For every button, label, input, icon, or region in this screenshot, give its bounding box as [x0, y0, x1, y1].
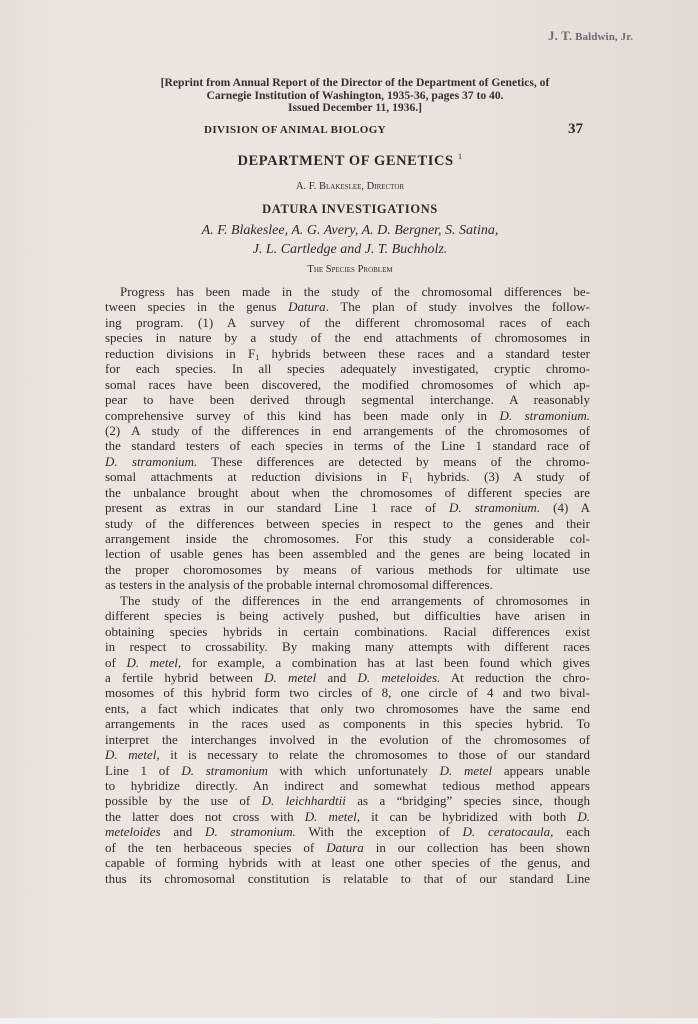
reprint-note: [Reprint from Annual Report of the Direc… [120, 77, 590, 115]
text-run: as testers in the analysis of the probab… [105, 577, 493, 592]
text-run: (2) A study of the differences in end ar… [105, 423, 590, 438]
body-line: meteloides and D. stramonium. With the e… [105, 824, 590, 839]
reprint-line-3: Issued December 11, 1936.] [120, 102, 590, 115]
text-run: hybrids. (3) A study of [413, 469, 590, 484]
body-line: different species is being actively push… [105, 608, 590, 623]
body-line: present as extras in our standard Line 1… [105, 500, 590, 515]
text-run: in respect to crossability. By making ma… [105, 639, 590, 654]
text-run: ing program. (1) A survey of the differe… [105, 315, 590, 330]
body-line: of the ten herbaceous species of Datura … [105, 840, 590, 855]
text-run: for each species. In all species adequat… [105, 361, 590, 376]
director-line: A. F. Blakeslee, Director [100, 181, 600, 192]
text-run: With the exception of [296, 824, 463, 839]
text-run: in our collection has been shown [364, 840, 590, 855]
document-page: J. T. Baldwin, Jr. [Reprint from Annual … [0, 0, 698, 1024]
text-run: . The plan of study involves the follow- [326, 299, 590, 314]
text-run: possible by the use of [105, 793, 262, 808]
body-line: reduction divisions in F1 hybrids betwee… [105, 346, 590, 361]
text-run: different species is being actively push… [105, 608, 590, 623]
text-run: and [316, 670, 357, 685]
body-line: as testers in the analysis of the probab… [105, 577, 590, 592]
title-text: DEPARTMENT OF GENETICS [237, 153, 453, 169]
body-line: arrangements in the races used as compon… [105, 716, 590, 731]
italic-term: D. stramonium. [205, 824, 296, 839]
body-line: D. stramonium. These differences are det… [105, 454, 590, 469]
text-run: to hybridize directly. An indirect and s… [105, 778, 590, 793]
italic-term: D. meteloides. [358, 670, 441, 685]
text-run: the unbalance brought about when the chr… [105, 485, 590, 500]
text-run: each [553, 824, 590, 839]
body-line: (2) A study of the differences in end ar… [105, 423, 590, 438]
page-title: DEPARTMENT OF GENETICS 1 [100, 152, 600, 170]
italic-term: D. metel [440, 763, 493, 778]
body-line: comprehensive survey of this kind has be… [105, 408, 590, 423]
text-run: of [105, 655, 126, 670]
text-run: pear to have been derived through segmen… [105, 392, 590, 407]
body-line: thus its chromosomal constitution is rel… [105, 871, 590, 886]
authors-line-1: A. F. Blakeslee, A. G. Avery, A. D. Berg… [100, 221, 600, 240]
text-run: lection of usable genes has been assembl… [105, 546, 590, 561]
text-run: and [161, 824, 205, 839]
italic-term: D. metel, [126, 655, 181, 670]
text-run: arrangement inside the chromosomes. For … [105, 531, 590, 546]
text-run: of the ten herbaceous species of [105, 840, 326, 855]
text-run: a fertile hybrid between [105, 670, 264, 685]
running-head-section: DIVISION OF ANIMAL BIOLOGY [50, 124, 540, 136]
body-line: possible by the use of D. leichhardtii a… [105, 793, 590, 808]
body-text: Progress has been made in the study of t… [105, 284, 590, 886]
section-heading: The Species Problem [100, 264, 600, 275]
authors-line-2: J. L. Cartledge and J. T. Buchholz. [100, 240, 600, 259]
text-run: At reduction the chro- [440, 670, 590, 685]
body-line: for each species. In all species adequat… [105, 361, 590, 376]
reprint-line-1: [Reprint from Annual Report of the Direc… [120, 77, 590, 90]
body-line: of D. metel, for example, a combination … [105, 655, 590, 670]
text-run: (4) A [540, 500, 590, 515]
body-line: to hybridize directly. An indirect and s… [105, 778, 590, 793]
body-line: Progress has been made in the study of t… [105, 284, 590, 299]
text-run: somal races have been discovered, the mo… [105, 377, 590, 392]
body-line: arrangement inside the chromosomes. For … [105, 531, 590, 546]
authors: A. F. Blakeslee, A. G. Avery, A. D. Berg… [100, 221, 600, 259]
italic-term: D. metel [264, 670, 316, 685]
text-run: it is necessary to relate the chromosome… [160, 747, 590, 762]
italic-term: D. [577, 809, 590, 824]
text-run: reduction divisions in F [105, 346, 255, 361]
italic-term: D. stramonium. [499, 408, 590, 423]
body-line: interpret the interchanges involved in t… [105, 732, 590, 747]
text-run: for example, a combination has at last b… [181, 655, 590, 670]
text-run: somal attachments at reduction divisions… [105, 469, 409, 484]
body-line: ing program. (1) A survey of the differe… [105, 315, 590, 330]
body-line: obtaining species hybrids in certain com… [105, 624, 590, 639]
owner-stamp: J. T. Baldwin, Jr. [548, 28, 688, 44]
italic-term: D. stramonium. [449, 500, 540, 515]
footnote-mark: 1 [458, 152, 463, 161]
text-run: study of the differences between species… [105, 516, 590, 531]
text-run: with which unfortunately [268, 763, 440, 778]
text-run: it can be hybridized with both [360, 809, 577, 824]
page-number: 37 [568, 121, 583, 138]
stamp-name: Baldwin, Jr. [575, 31, 633, 43]
text-run: interpret the interchanges involved in t… [105, 732, 590, 747]
italic-term: D. stramonium. [105, 454, 197, 469]
text-run: capable of forming hybrids with at least… [105, 855, 590, 870]
text-run: Progress has been made in the study of t… [120, 284, 590, 299]
text-run: species in nature by a study of the end … [105, 330, 590, 345]
italic-term: D. ceratocaula, [463, 824, 554, 839]
body-line: Line 1 of D. stramonium with which unfor… [105, 763, 590, 778]
text-run: appears unable [492, 763, 590, 778]
body-line: in respect to crossability. By making ma… [105, 639, 590, 654]
body-line: The study of the differences in the end … [105, 593, 590, 608]
text-run: the latter does not cross with [105, 809, 305, 824]
body-line: mosomes of this hybrid form two circles … [105, 685, 590, 700]
text-run: arrangements in the races used as compon… [105, 716, 590, 731]
text-run: The study of the differences in the end … [120, 593, 590, 608]
body-line: the latter does not cross with D. metel,… [105, 809, 590, 824]
text-run: the standard testers of each species in … [105, 438, 590, 453]
italic-term: Datura [326, 840, 364, 855]
text-run: These differences are detected by means … [197, 454, 590, 469]
body-line: somal races have been discovered, the mo… [105, 377, 590, 392]
italic-term: D. metel, [105, 747, 160, 762]
text-run: as a “bridging” species since, though [346, 793, 590, 808]
italic-term: D. metel, [305, 809, 360, 824]
text-run: hybrids between these races and a standa… [259, 346, 590, 361]
body-line: D. metel, it is necessary to relate the … [105, 747, 590, 762]
text-run: ents, a fact which indicates that only t… [105, 701, 590, 716]
body-line: lection of usable genes has been assembl… [105, 546, 590, 561]
text-run: tween species in the genus [105, 299, 288, 314]
body-line: pear to have been derived through segmen… [105, 392, 590, 407]
body-line: capable of forming hybrids with at least… [105, 855, 590, 870]
body-line: the proper choromosomes by means of vari… [105, 562, 590, 577]
text-run: mosomes of this hybrid form two circles … [105, 685, 590, 700]
text-run: present as extras in our standard Line 1… [105, 500, 449, 515]
text-run: the proper choromosomes by means of vari… [105, 562, 590, 577]
text-run: comprehensive survey of this kind has be… [105, 408, 499, 423]
italic-term: Datura [288, 299, 326, 314]
body-line: the standard testers of each species in … [105, 438, 590, 453]
subtitle: DATURA INVESTIGATIONS [100, 202, 600, 217]
body-line: species in nature by a study of the end … [105, 330, 590, 345]
body-line: a fertile hybrid between D. metel and D.… [105, 670, 590, 685]
stamp-initials: J. T. [548, 28, 572, 43]
body-line: tween species in the genus Datura. The p… [105, 299, 590, 314]
body-line: ents, a fact which indicates that only t… [105, 701, 590, 716]
italic-term: D. stramonium [181, 763, 267, 778]
italic-term: meteloides [105, 824, 161, 839]
body-line: study of the differences between species… [105, 516, 590, 531]
text-run: thus its chromosomal constitution is rel… [105, 871, 590, 886]
italic-term: D. leichhardtii [262, 793, 346, 808]
text-run: Line 1 of [105, 763, 181, 778]
body-line: somal attachments at reduction divisions… [105, 469, 590, 484]
body-line: the unbalance brought about when the chr… [105, 485, 590, 500]
running-head: DIVISION OF ANIMAL BIOLOGY 37 [100, 124, 590, 140]
text-run: obtaining species hybrids in certain com… [105, 624, 590, 639]
